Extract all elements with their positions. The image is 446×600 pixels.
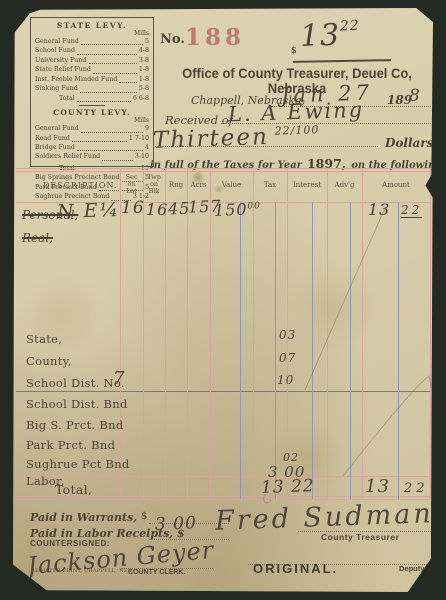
levy-total-value: 6 6-8 (133, 94, 149, 103)
levy-value: 4 (145, 143, 149, 152)
receipt-no-label: No. (160, 32, 185, 47)
levy-label: General Fund (35, 124, 79, 133)
col-header-interest: Interest (288, 182, 326, 189)
mid-rule (16, 391, 430, 392)
clerk-label: COUNTY CLERK. (128, 569, 185, 576)
row-label-sughrue: Sughrue Pct Bnd (26, 457, 130, 471)
levy-label: Sinking Fund (35, 84, 78, 93)
tax-state: 03 (279, 328, 296, 342)
state-levy-title: STATE LEVY. (35, 21, 149, 30)
row-label-school-dist-no: School Dist. No. (26, 376, 125, 390)
tax-school: 10 (277, 373, 294, 387)
cents-line (312, 202, 313, 499)
levy-row: Bridge Fund4 (35, 143, 149, 152)
amount-total-dollars: 13 (365, 476, 390, 497)
county-levy-mills: Mills (35, 117, 149, 124)
value-dollars: 150 (214, 200, 248, 220)
amount-total-cents: 22 (404, 481, 429, 496)
cents-line (240, 202, 241, 499)
col-header-description: DESCRIPTION. (43, 182, 103, 190)
row-label-state: State, (26, 332, 62, 346)
amount-cents: 22 (340, 18, 360, 35)
table-top-border (16, 168, 430, 169)
col-line (362, 168, 363, 499)
hand-sec: 16 (121, 198, 145, 218)
levy-label: Soldiers Relief Fund (35, 152, 100, 161)
tax-county: 07 (279, 351, 296, 365)
dollars-label: Dollars (385, 136, 433, 150)
levy-label: School Fund (35, 46, 75, 55)
levy-row: Road Fund1 7-10 (35, 134, 149, 143)
levy-value: 4-8 (139, 46, 149, 55)
receipt-no-value: 188 (185, 24, 245, 51)
levy-row: Sinking Fund5-8 (35, 84, 149, 93)
hand-description: N E¼ (57, 199, 121, 223)
tax-line-post: on the following described property: (351, 160, 446, 171)
levy-label: Bridge Fund (35, 143, 75, 152)
tax-line-pre: in full of the Taxes for Year (150, 160, 302, 171)
hand-amount-cents: 22 (401, 203, 422, 218)
hand-value: 15000 (214, 199, 262, 220)
struck-real: Real, (22, 231, 53, 245)
deputy-label: Deputy (399, 564, 424, 573)
divider (79, 105, 105, 106)
amount-total: 13 22 (365, 476, 429, 497)
col-header-amount: Amount (363, 182, 429, 189)
levy-row: University Fund3-8 (35, 56, 149, 65)
row-label-school-dist-bnd: School Dist. Bnd (26, 397, 128, 411)
county-levy-title: COUNTY LEVY. (35, 108, 149, 117)
col-header-sec: Sec on Lot (123, 174, 140, 194)
col-header-advg: Adv'g (328, 182, 361, 189)
levy-total-label: Total (59, 94, 75, 103)
cents-line (350, 202, 351, 499)
levy-label: State Relief Fund (35, 65, 91, 74)
amount-words-line (153, 136, 378, 147)
col-header-rng: Rng (166, 182, 186, 189)
col-header-value: Value (211, 182, 252, 189)
paid-warrants-label: Paid in Warrants, (30, 511, 137, 524)
warrants-currency: $ (141, 511, 147, 522)
levy-label: General Fund (35, 37, 79, 46)
col-header-tax: Tax (254, 182, 286, 189)
clerk-line (121, 560, 213, 569)
original-label: ORIGINAL. (253, 561, 338, 576)
col-header-twp: Twp on Blk (145, 174, 163, 194)
levy-label: Road Fund (35, 134, 70, 143)
amount-dollars: 13 (299, 18, 340, 54)
payer-line (221, 113, 433, 124)
table-right-border (430, 168, 431, 499)
printer-credit: REGISTER PRINT, CHAPPELL, NEB. (31, 568, 134, 574)
levy-row: School Fund4-8 (35, 46, 149, 55)
levy-value: 1-8 (139, 65, 149, 74)
levy-row: Soldiers Relief Fund3-10 (35, 152, 149, 161)
row-label-total: Total, (55, 482, 92, 497)
tax-year-line: in full of the Taxes for Year 1897, on t… (150, 153, 436, 172)
levy-row: General Fund5 (35, 37, 149, 46)
table-top-border-2 (16, 171, 430, 172)
levy-value: 3-8 (139, 56, 149, 65)
levy-label: Inst. Feeble Minded Fund (35, 75, 117, 84)
levy-total-row: Total6 6-8 (35, 94, 149, 103)
amount-figures-hand: 1322 (299, 17, 360, 54)
treasurer-label: County Treasurer (321, 532, 399, 542)
levy-row: Inst. Feeble Minded Fund1-8 (35, 75, 149, 84)
levy-label: University Fund (35, 56, 87, 65)
levy-value: 9 (145, 124, 149, 133)
value-cents: 00 (247, 201, 261, 211)
hand-amount-dollars: 13 (368, 200, 390, 219)
cents-line (398, 202, 399, 499)
cents-line (275, 202, 276, 499)
row-label-county: County, (26, 354, 72, 368)
levy-row: State Relief Fund1-8 (35, 65, 149, 74)
row-label-park: Park Prct. Bnd (26, 438, 115, 452)
currency-sign: $ (291, 46, 297, 56)
col-header-acrs: Acrs (188, 182, 209, 189)
levy-value: 1-8 (139, 75, 149, 84)
tax-total: 13 22 (261, 476, 315, 498)
levy-row: General Fund9 (35, 124, 149, 133)
state-levy-mills: Mills (35, 30, 149, 37)
col-line (210, 168, 211, 499)
levy-value: 1 7-10 (129, 134, 149, 143)
row-label-big-s: Big S. Prct. Bnd (26, 418, 124, 432)
col-line (327, 168, 328, 499)
levy-value: 3-10 (135, 152, 149, 161)
hand-school-dist-no: 7 (113, 368, 125, 389)
hand-twp: 16 (146, 200, 168, 219)
levy-value: 5-8 (139, 84, 149, 93)
amount-underline (293, 59, 391, 62)
receipt-document: STATE LEVY. Mills General Fund5 School F… (13, 8, 433, 592)
levy-value: 5 (145, 37, 149, 46)
treasurer-line (298, 523, 433, 532)
levy-box: STATE LEVY. Mills General Fund5 School F… (30, 17, 154, 167)
